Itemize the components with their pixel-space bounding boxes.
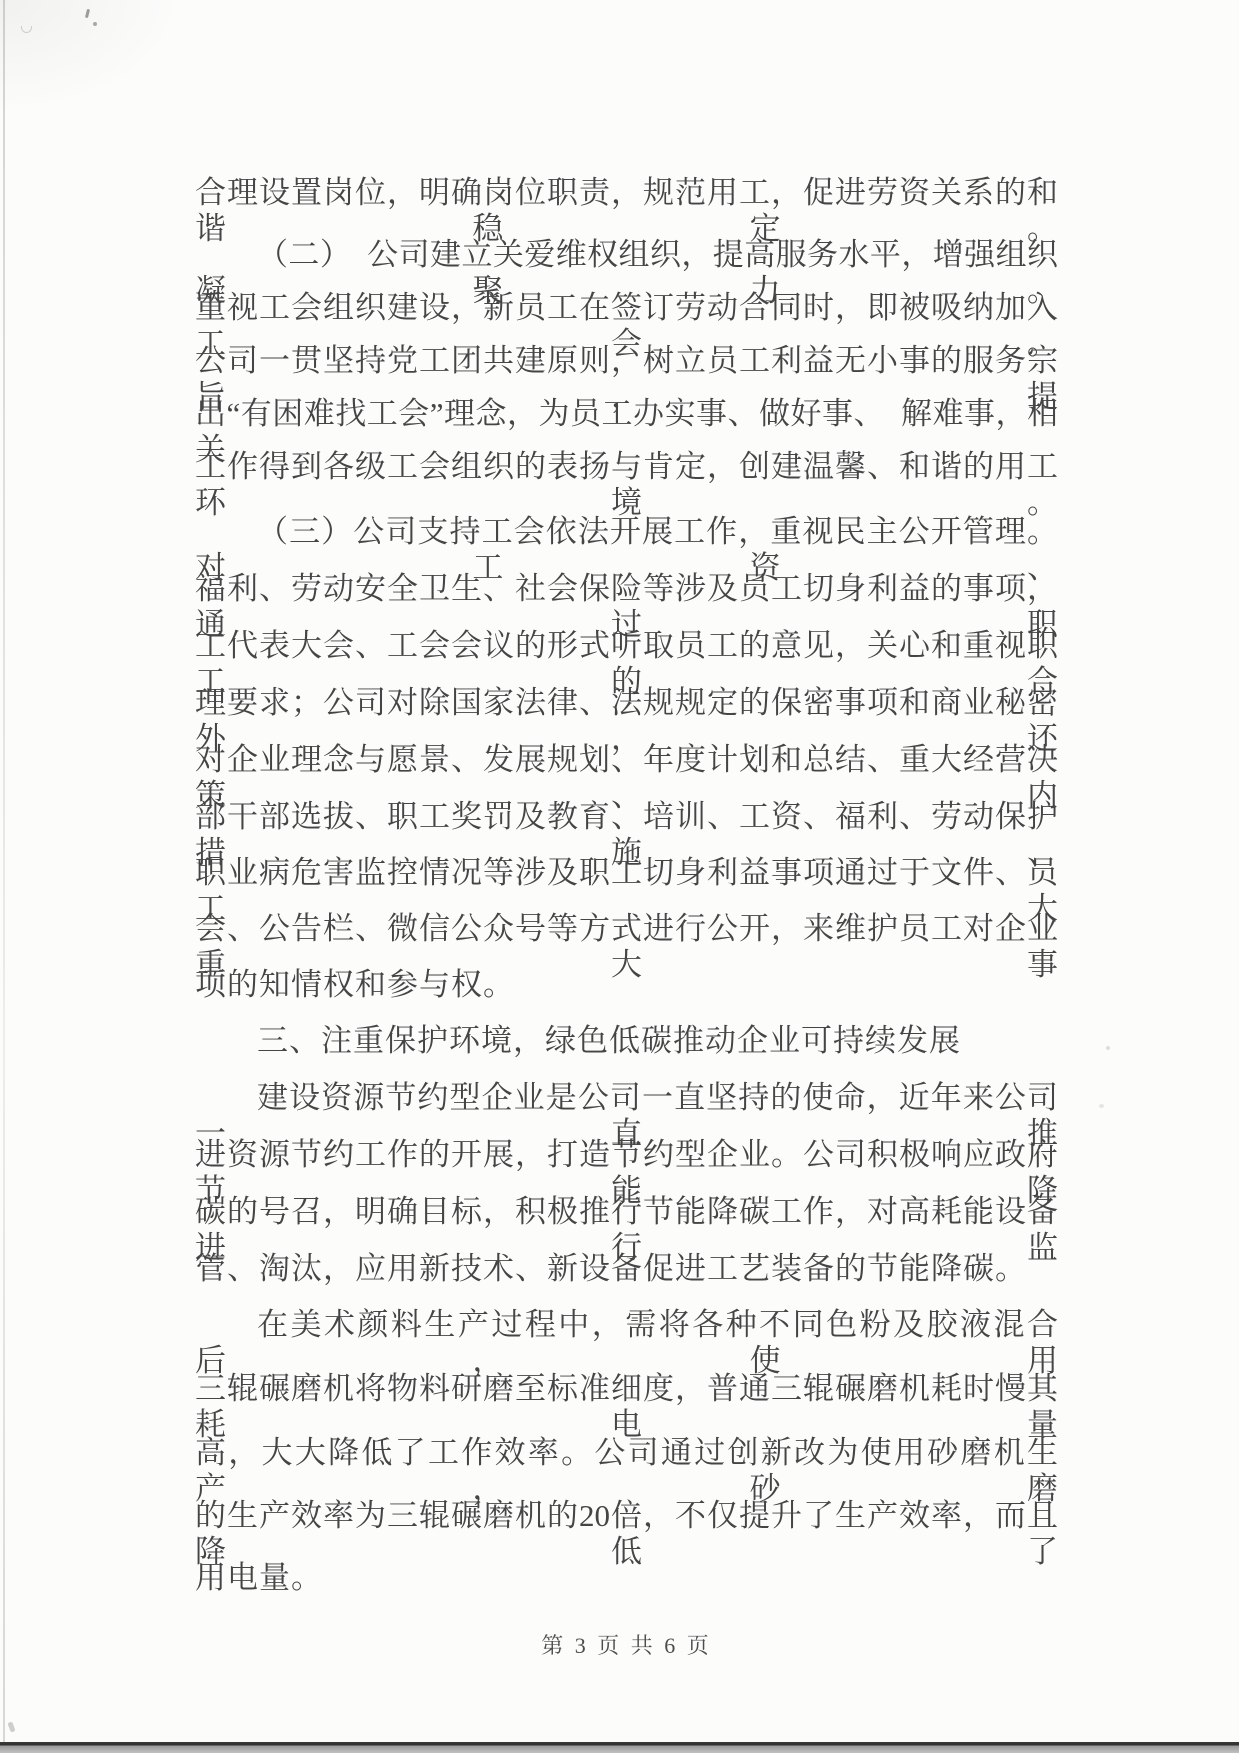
- text-line: 进资源节约工作的开展，打造节约型企业。公司积极响应政府节能降: [195, 1137, 1058, 1175]
- scan-speck: [21, 26, 32, 33]
- scan-left-edge-artifact: [3, 0, 5, 1745]
- text-line: 碳的号召，明确目标，积极推行节能降碳工作，对高耗能设备进行监: [195, 1194, 1058, 1232]
- section-heading: 三、注重保护环境，绿色低碳推动企业可持续发展: [195, 1023, 1058, 1061]
- text-line: 公司一贯坚持党工团共建原则，树立员工利益无小事的服务宗旨，提: [195, 343, 1058, 381]
- text-line: 工作得到各级工会组织的表扬与肯定，创建温馨、和谐的用工环境。: [195, 449, 1058, 487]
- text-line: 出“有困难找工会”理念，为员工办实事、做好事、 解难事，相关: [195, 396, 1058, 434]
- text-line: 的生产效率为三辊碾磨机的20倍，不仅提升了生产效率，而且降低了: [195, 1498, 1058, 1536]
- text-line: 职业病危害监控情况等涉及职工切身利益事项通过于文件、员工大: [195, 855, 1058, 893]
- scan-speck: [7, 1721, 15, 1732]
- text-line: 用电量。: [195, 1560, 1058, 1598]
- text-line: 福利、劳动安全卫生、社会保险等涉及员工切身利益的事项，通过职: [195, 571, 1058, 609]
- scan-speck: [1106, 1046, 1110, 1050]
- text-line: 三辊碾磨机将物料研磨至标准细度，普通三辊碾磨机耗时慢其耗电量: [195, 1371, 1058, 1409]
- text-line: 会、公告栏、微信公众号等方式进行公开，来维护员工对企业重大事: [195, 911, 1058, 949]
- text-line: （三）公司支持工会依法开展工作，重视民主公开管理。对工资、: [195, 514, 1058, 552]
- text-line: 在美术颜料生产过程中，需将各种不同色粉及胶液混合后，使用: [195, 1307, 1058, 1345]
- text-line: 理要求；公司对除国家法律、法规规定的保密事项和商业秘密外，还: [195, 685, 1058, 723]
- text-line: 高，大大降低了工作效率。公司通过创新改为使用砂磨机生产，砂磨: [195, 1435, 1058, 1473]
- scanned-page: 合理设置岗位，明确岗位职责，规范用工，促进劳资关系的和谐稳定。 （二） 公司建立…: [0, 0, 1239, 1753]
- scan-speck: [93, 22, 97, 26]
- text-line: 项的知情权和参与权。: [195, 967, 1058, 1005]
- scan-speck: [85, 9, 90, 18]
- text-line: 合理设置岗位，明确岗位职责，规范用工，促进劳资关系的和谐稳定。: [195, 175, 1058, 213]
- page-number: 第 3 页 共 6 页: [195, 1629, 1058, 1660]
- text-line: 重视工会组织建设，新员工在签订劳动合同时，即被吸纳加入工会。: [195, 290, 1058, 328]
- scan-bottom-edge-artifact: [0, 1742, 1239, 1753]
- text-line: 工代表大会、工会会议的形式听取员工的意见，关心和重视职工的合: [195, 628, 1058, 666]
- text-line: 部干部选拔、职工奖罚及教育、培训、工资、福利、劳动保护措施、: [195, 799, 1058, 837]
- text-line: （二） 公司建立关爱维权组织，提高服务水平，增强组织凝聚力。: [195, 237, 1058, 275]
- text-line: 对企业理念与愿景、发展规划、年度计划和总结、重大经营决策、内: [195, 742, 1058, 780]
- text-line: 建设资源节约型企业是公司一直坚持的使命，近年来公司一直推: [195, 1080, 1058, 1118]
- scan-speck: [1099, 1104, 1104, 1108]
- text-line: 管、淘汰，应用新技术、新设备促进工艺装备的节能降碳。: [195, 1251, 1058, 1289]
